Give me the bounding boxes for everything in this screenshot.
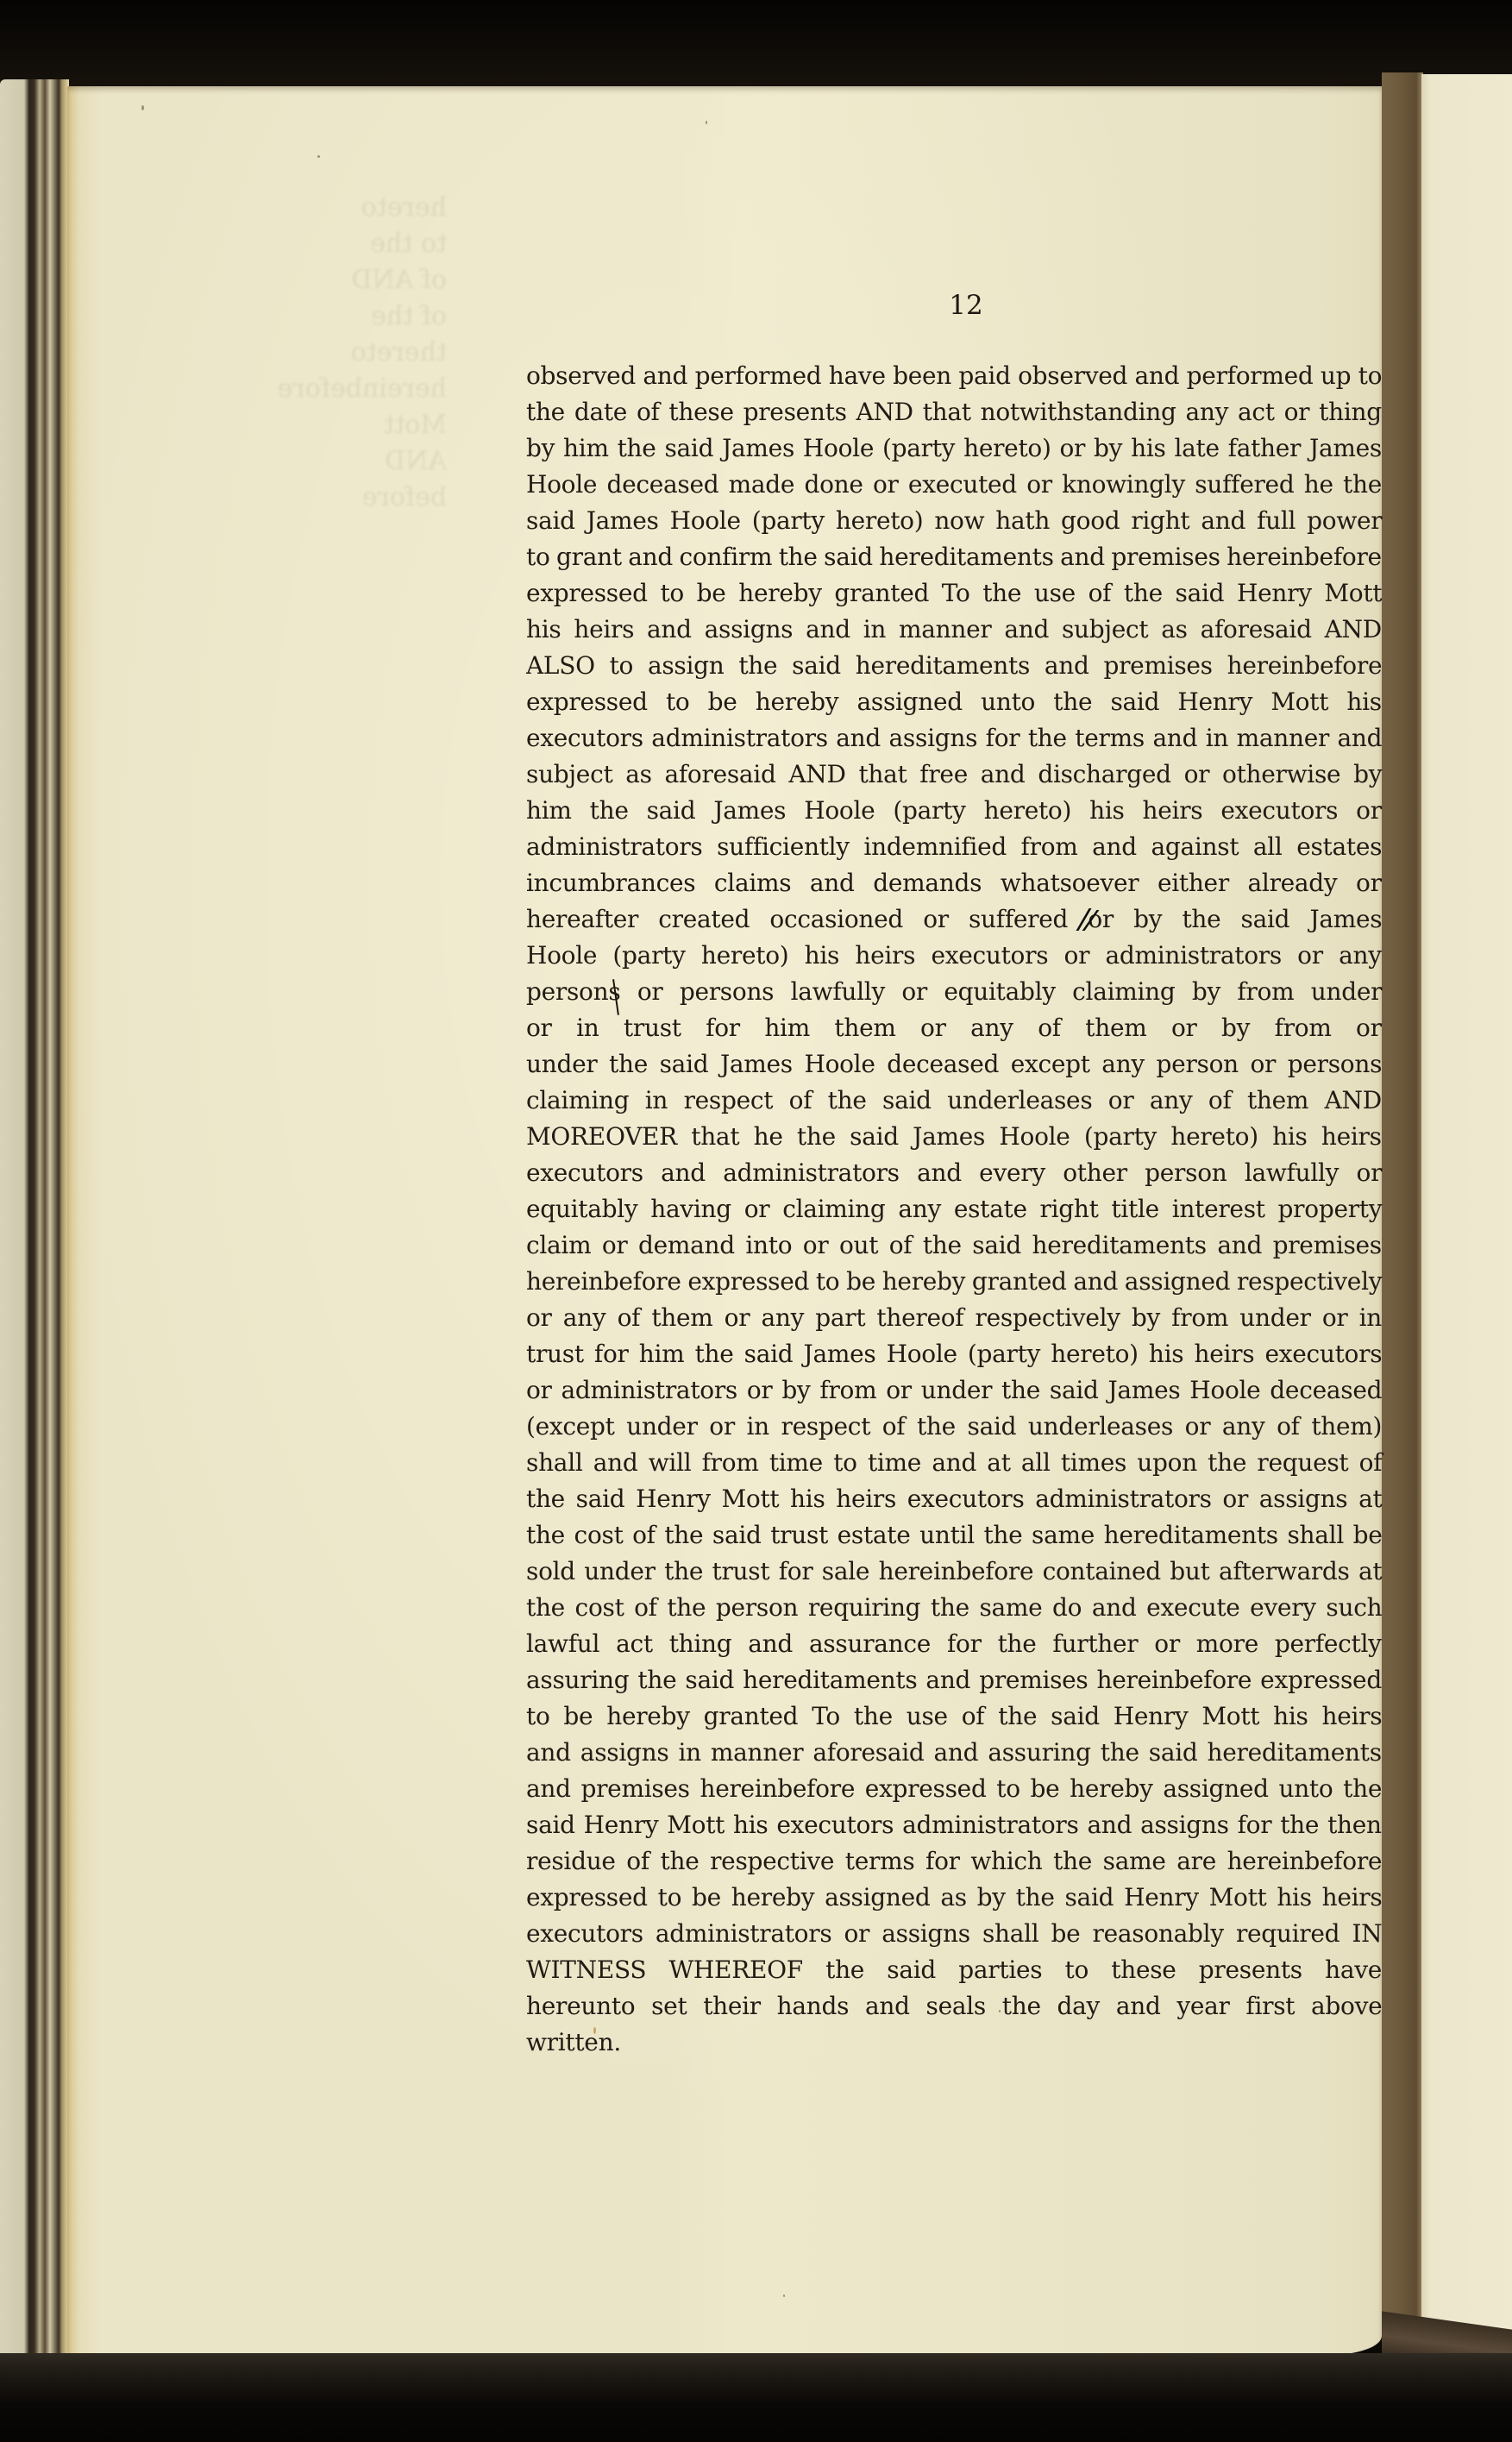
text-line: WITNESS WHEREOF the said parties to thes…	[526, 1952, 1382, 1988]
text-line: MOREOVER that he the said James Hoole (p…	[526, 1119, 1382, 1155]
text-line: Hoole deceased made done or executed or …	[526, 467, 1382, 503]
dark-background-top	[0, 0, 1512, 86]
show-through-text: hereto to the of AND of the thereto here…	[223, 190, 447, 516]
left-page-stack-edge	[0, 79, 69, 2370]
paper-speck	[141, 105, 144, 110]
document-body-text: observed and performed have been paid ob…	[526, 358, 1382, 2061]
paper-speck	[317, 155, 320, 158]
text-line: incumbrances claims and demands whatsoev…	[526, 865, 1382, 901]
text-line: Hoole (party hereto) his heirs executors…	[526, 938, 1382, 974]
text-line: written.	[526, 2025, 1382, 2061]
text-line: executors administrators and assigns for…	[526, 720, 1382, 756]
text-line: expressed to be hereby assigned as by th…	[526, 1880, 1382, 1916]
text-line: expressed to be hereby assigned unto the…	[526, 684, 1382, 720]
text-line: the date of these presents AND that notw…	[526, 394, 1382, 430]
text-line: administrators sufficiently indemnified …	[526, 829, 1382, 865]
text-line: assuring the said hereditaments and prem…	[526, 1662, 1382, 1698]
text-line: executors and administrators and every o…	[526, 1155, 1382, 1191]
text-line: said James Hoole (party hereto) now hath…	[526, 503, 1382, 539]
text-line: lawful act thing and assurance for the f…	[526, 1626, 1382, 1662]
text-line: or any of them or any part thereof respe…	[526, 1300, 1382, 1336]
text-line: equitably having or claiming any estate …	[526, 1191, 1382, 1227]
text-segment: or persons lawfully or equitably claimin…	[637, 977, 1382, 1006]
text-line: his heirs and assigns and in manner and …	[526, 612, 1382, 648]
text-line: to be hereby granted To the use of the s…	[526, 1698, 1382, 1735]
text-line: expressed to be hereby granted To the us…	[526, 575, 1382, 612]
text-line: claiming in respect of the said underlea…	[526, 1083, 1382, 1119]
text-line: to grant and confirm the said hereditame…	[526, 539, 1382, 575]
next-page-edge	[1421, 74, 1512, 2338]
dark-background-bottom	[0, 2353, 1512, 2442]
text-line: observed and performed have been paid ob…	[526, 358, 1382, 394]
text-line-with-correction: persons or persons lawfully or equitably…	[526, 974, 1382, 1010]
page-number: 12	[949, 288, 983, 323]
page-gutter-shadow	[1382, 72, 1423, 2332]
text-line: and premises hereinbefore expressed to b…	[526, 1771, 1382, 1807]
text-line: or administrators or by from or under th…	[526, 1372, 1382, 1409]
text-line: and assigns in manner aforesaid and assu…	[526, 1735, 1382, 1771]
scanned-book-spread: hereto to the of AND of the thereto here…	[0, 0, 1512, 2442]
handwritten-mark: persons	[526, 974, 620, 1010]
paper-speck	[706, 121, 707, 124]
text-segment: hereafter created occasioned or suffered	[526, 905, 1068, 933]
text-line: hereunto set their hands and seals the d…	[526, 1988, 1382, 2025]
text-line: executors administrators or assigns shal…	[526, 1916, 1382, 1952]
text-segment: by the said James	[1133, 905, 1382, 933]
paper-speck	[783, 2294, 785, 2297]
text-line: trust for him the said James Hoole (part…	[526, 1336, 1382, 1372]
text-line: (except under or in respect of the said …	[526, 1409, 1382, 1445]
text-line: claim or demand into or out of the said …	[526, 1227, 1382, 1264]
text-line: him the said James Hoole (party hereto) …	[526, 793, 1382, 829]
text-line: shall and will from time to time and at …	[526, 1445, 1382, 1481]
text-line: the said Henry Mott his heirs executors …	[526, 1481, 1382, 1517]
text-line: under the said James Hoole deceased exce…	[526, 1046, 1382, 1083]
text-line: the cost of the said trust estate until …	[526, 1517, 1382, 1554]
text-line: ALSO to assign the said hereditaments an…	[526, 648, 1382, 684]
text-line: subject as aforesaid AND that free and d…	[526, 756, 1382, 793]
handwritten-strikethrough: or	[1088, 901, 1114, 938]
text-line: or in trust for him them or any of them …	[526, 1010, 1382, 1046]
text-line: residue of the respective terms for whic…	[526, 1843, 1382, 1880]
text-line-with-correction: hereafter created occasioned or suffered…	[526, 901, 1382, 938]
text-line: the cost of the person requiring the sam…	[526, 1590, 1382, 1626]
text-line: by him the said James Hoole (party heret…	[526, 430, 1382, 467]
text-line: hereinbefore expressed to be hereby gran…	[526, 1264, 1382, 1300]
text-line: sold under the trust for sale hereinbefo…	[526, 1554, 1382, 1590]
text-line: said Henry Mott his executors administra…	[526, 1807, 1382, 1843]
